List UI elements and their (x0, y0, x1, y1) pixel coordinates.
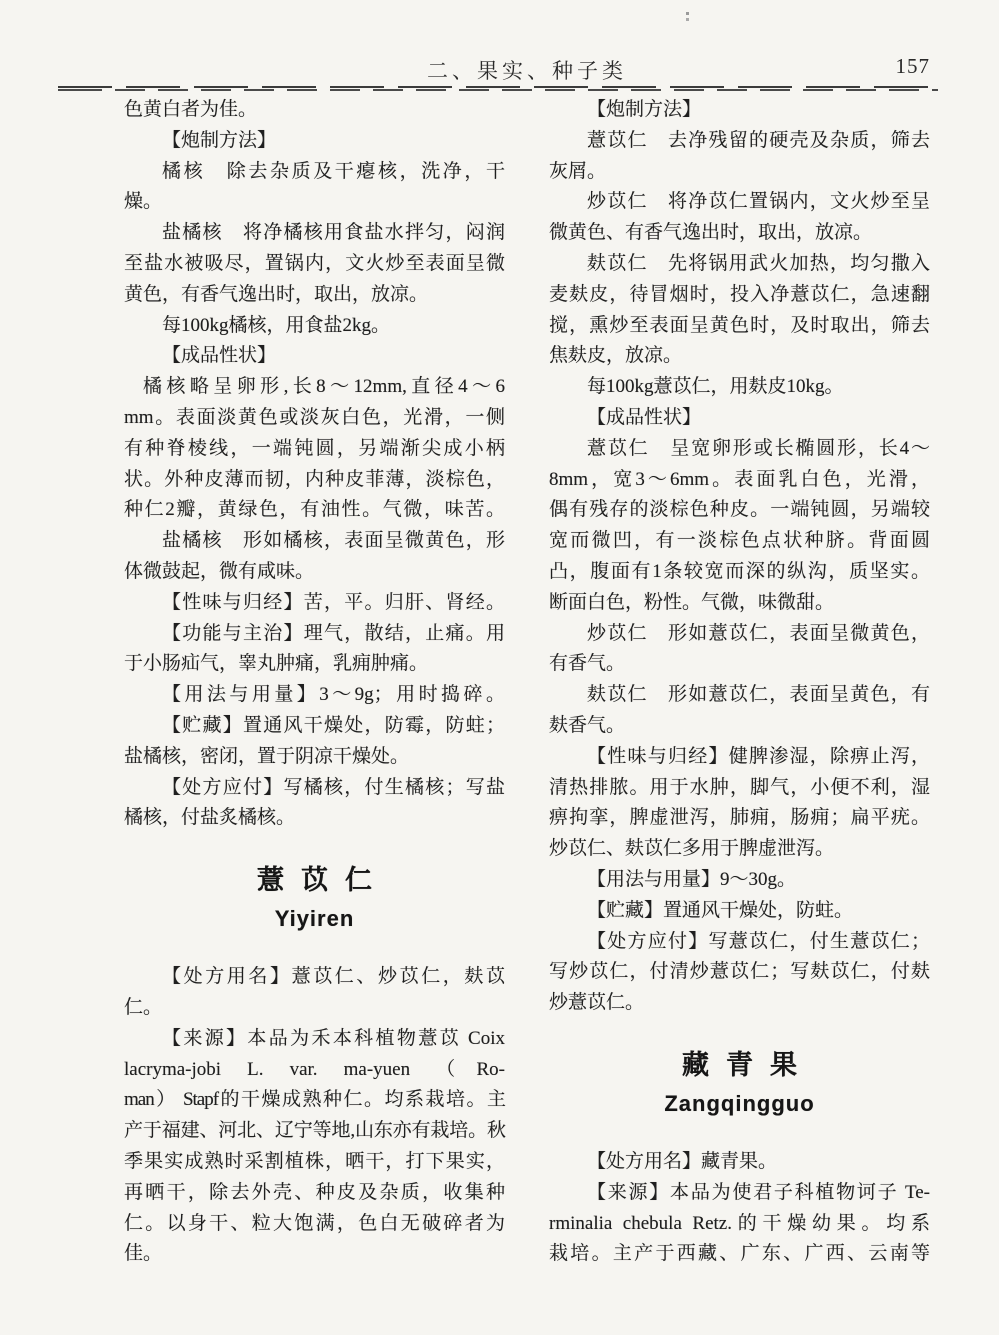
text-line: 【性味与归经】健脾渗湿，除痹止泻， (549, 742, 930, 773)
text-line: 写炒苡仁，付清炒薏苡仁；写麸苡仁，付麸 (549, 957, 930, 988)
text-line: 再晒干，除去外壳、种皮及杂质，收集种 (124, 1178, 505, 1209)
text-line: 麸苡仁 形如薏苡仁，表面呈黄色，有 (549, 680, 930, 711)
text-line: 产于福建、河北、辽宁等地,山东亦有栽培。秋 (124, 1116, 505, 1147)
text-line: 焦麸皮，放凉。 (549, 341, 930, 372)
text-line: 炒苡仁 将净苡仁置锅内，文火炒至呈 (549, 187, 930, 218)
text-line: 盐橘核 将净橘核用食盐水拌匀，闷润 (124, 218, 505, 249)
column-right: 【炮制方法】薏苡仁 去净残留的硬壳及杂质，筛去灰屑。炒苡仁 将净苡仁置锅内，文火… (549, 95, 930, 1270)
text-line: 【贮藏】置通风干燥处，防霉，防蛀； (124, 711, 505, 742)
text-line: 【用法与用量】9～30g。 (549, 865, 930, 896)
text-line: rminalia chebula Retz.的干燥幼果。均系 (549, 1209, 930, 1240)
text-line: 黄色，有香气逸出时，取出，放凉。 (124, 280, 505, 311)
text-line: 【处方用名】薏苡仁、炒苡仁，麸苡 (124, 962, 505, 993)
text-line: 橘核略呈卵形,长8～12mm,直径4～6 (124, 372, 505, 403)
text-line: 色黄白者为佳。 (124, 95, 505, 126)
text-line: 每100kg薏苡仁，用麸皮10kg。 (549, 372, 930, 403)
text-line: 【处方应付】写橘核，付生橘核；写盐 (124, 773, 505, 804)
text-line: man） Stapf的干燥成熟种仁。均系栽培。主 (124, 1085, 505, 1116)
text-line: 【功能与主治】理气，散结，止痛。用 (124, 619, 505, 650)
page-header-title: 二、果实、种子类 (124, 55, 930, 85)
text-line: 麸香气。 (549, 711, 930, 742)
text-line: 盐橘核 形如橘核，表面呈微黄色，形 (124, 526, 505, 557)
entry-title-cn: 藏青果 (549, 1043, 930, 1087)
text-line: 每100kg橘核，用食盐2kg。 (124, 311, 505, 342)
text-line: 燥。 (124, 187, 505, 218)
text-line: 【成品性状】 (124, 341, 505, 372)
text-line: 有种脊棱线，一端钝圆，另端渐尖成小柄 (124, 434, 505, 465)
text-line: 【性味与归经】苦，平。归肝、肾经。 (124, 588, 505, 619)
text-line: 清热排脓。用于水肿，脚气，小便不利，湿 (549, 773, 930, 804)
text-line: 种仁2瓣，黄绿色，有油性。气微，味苦。 (124, 495, 505, 526)
text-line: 佳。 (124, 1239, 505, 1270)
text-line: 偶有残存的淡棕色种皮。一端钝圆，另端较 (549, 495, 930, 526)
text-line: 仁。 (124, 993, 505, 1024)
text-line: 【来源】本品为禾本科植物薏苡 Coix (124, 1024, 505, 1055)
text-line: 有香气。 (549, 649, 930, 680)
text-line: 栽培。主产于西藏、广东、广西、云南等 (549, 1239, 930, 1270)
text-line: mm。表面淡黄色或淡灰白色，光滑，一侧 (124, 403, 505, 434)
text-line: 断面白色，粉性。气微，味微甜。 (549, 588, 930, 619)
page-number: 157 (850, 54, 930, 79)
text-line: 橘核，付盐炙橘核。 (124, 803, 505, 834)
text-line: 至盐水被吸尽，置锅内，文火炒至表面呈微 (124, 249, 505, 280)
text-line: 【炮制方法】 (549, 95, 930, 126)
text-line: 凸，腹面有1条较宽而深的纵沟，质坚实。 (549, 557, 930, 588)
text-line: 灰屑。 (549, 157, 930, 188)
header-rule (58, 86, 938, 91)
column-left: 色黄白者为佳。【炮制方法】橘核 除去杂质及干瘪核，洗净，干燥。盐橘核 将净橘核用… (124, 95, 505, 1270)
text-line: 橘核 除去杂质及干瘪核，洗净，干 (124, 157, 505, 188)
text-line: 仁。以身干、粒大饱满，色白无破碎者为 (124, 1209, 505, 1240)
text-line: 【炮制方法】 (124, 126, 505, 157)
text-line: 宽而微凹，有一淡棕色点状种脐。背面圆 (549, 526, 930, 557)
entry-title-cn: 薏苡仁 (124, 858, 505, 902)
text-line: 微黄色、有香气逸出时，取出，放凉。 (549, 218, 930, 249)
text-line: 体微鼓起，微有咸味。 (124, 557, 505, 588)
text-line: 季果实成熟时采割植株，晒干，打下果实， (124, 1147, 505, 1178)
text-line: 痹拘挛，脾虚泄泻，肺痈，肠痈；扁平疣。 (549, 803, 930, 834)
scan-artifact (686, 12, 689, 15)
text-line: 【用法与用量】3～9g；用时捣碎。 (124, 680, 505, 711)
text-line: 炒苡仁、麸苡仁多用于脾虚泄泻。 (549, 834, 930, 865)
scanned-book-page: 二、果实、种子类 157 色黄白者为佳。【炮制方法】橘核 除去杂质及干瘪核，洗净… (0, 0, 999, 1335)
text-line: 【处方应付】写薏苡仁，付生薏苡仁； (549, 927, 930, 958)
text-line: 薏苡仁 呈宽卵形或长椭圆形，长4～ (549, 434, 930, 465)
text-line: 【贮藏】置通风干燥处，防蛀。 (549, 896, 930, 927)
text-line: 【处方用名】藏青果。 (549, 1147, 930, 1178)
text-line: 盐橘核，密闭，置于阴凉干燥处。 (124, 742, 505, 773)
text-line: 于小肠疝气，睾丸肿痛，乳痈肿痛。 (124, 649, 505, 680)
text-line: 麦麸皮，待冒烟时，投入净薏苡仁，急速翻 (549, 280, 930, 311)
entry-title-pinyin: Zangqingguo (549, 1087, 930, 1121)
text-line: 炒薏苡仁。 (549, 988, 930, 1019)
text-line: 8mm，宽3～6mm。表面乳白色，光滑， (549, 465, 930, 496)
text-line: 薏苡仁 去净残留的硬壳及杂质，筛去 (549, 126, 930, 157)
text-line: lacryma-jobi L. var. ma-yuen （Ro- (124, 1055, 505, 1086)
text-line: 搅，熏炒至表面呈黄色时，及时取出，筛去 (549, 311, 930, 342)
text-line: 麸苡仁 先将锅用武火加热，均匀撒入 (549, 249, 930, 280)
text-line: 炒苡仁 形如薏苡仁，表面呈微黄色， (549, 619, 930, 650)
text-line: 【来源】本品为使君子科植物诃子 Te- (549, 1178, 930, 1209)
entry-title-pinyin: Yiyiren (124, 902, 505, 936)
text-line: 【成品性状】 (549, 403, 930, 434)
text-line: 状。外种皮薄而韧，内种皮菲薄，淡棕色， (124, 465, 505, 496)
